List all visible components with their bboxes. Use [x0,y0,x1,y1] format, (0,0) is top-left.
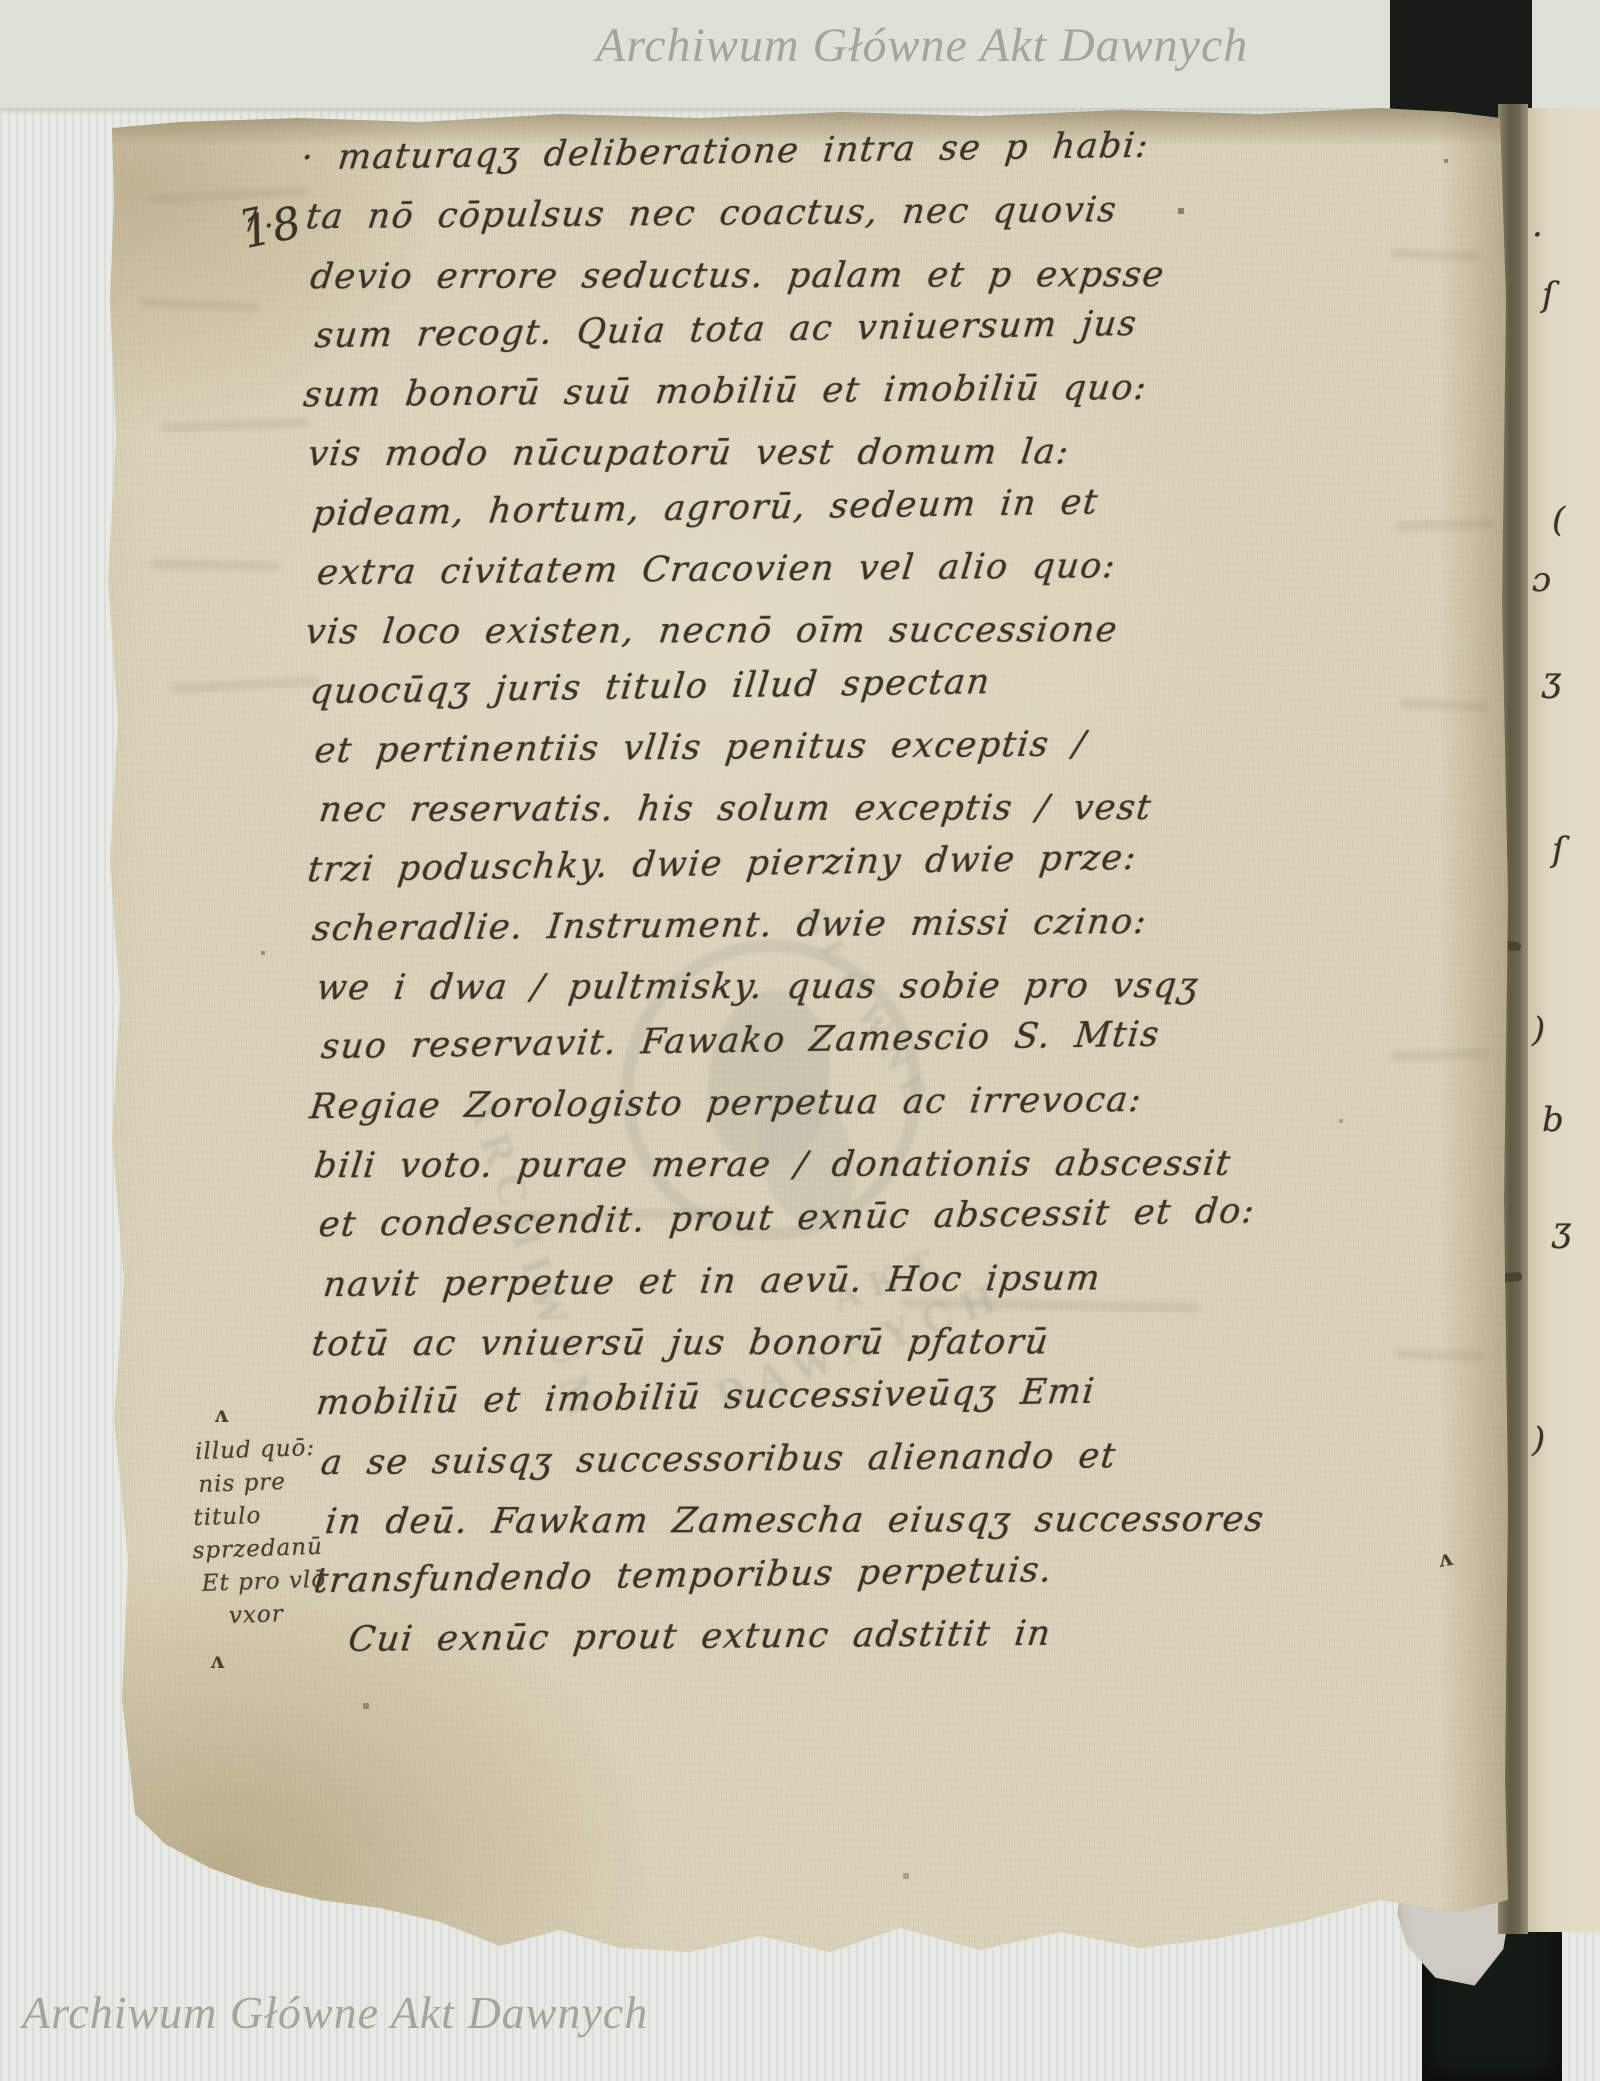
facing-page-ink-fragment: · [1532,215,1543,255]
ink-showthrough-smudge [140,298,260,312]
archive-watermark-top: Archiwum Główne Akt Dawnych [596,18,1248,73]
ink-showthrough-smudge [150,559,280,571]
ink-showthrough-smudge [170,676,320,694]
manuscript-line: a se suisqʒ successoribus alienando et [318,1423,1530,1493]
facing-page-ink-fragment: ( [1552,500,1565,540]
manuscript-line: Regiae Zorologisto perpetua ac irrevoca: [306,1067,1518,1137]
manuscript-page: ARCHIWUM GŁÓWNE AKT DAWNYCH 187. · matur… [0,0,1600,2081]
facing-page-ink-fragment: ) [1532,1010,1545,1050]
facing-page-ink-fragment: ſ [1552,830,1565,870]
manuscript-text-block: · maturaqʒ deliberatione intra se p habi… [301,119,1519,1671]
insertion-caret-bottom: ʌ [210,1648,224,1674]
folio-superscript: 7. [237,198,277,240]
manuscript-line: et pertinentiis vllis penitus exceptis / [311,712,1523,782]
manuscript-line: ta nō cōpulsus nec coactus, nec quovis [303,178,1515,248]
insertion-caret-top: ʌ [214,1402,228,1428]
ink-showthrough-smudge [160,417,310,432]
facing-page-ink-fragment: ʒ [1552,1210,1571,1250]
facing-page-ink-fragment: b [1542,1100,1564,1140]
manuscript-line: sum bonorū suū mobiliū et imobiliū quo: [300,356,1512,426]
facing-page-ink-fragment: ſ [1542,275,1555,315]
manuscript-line: Cui exnūc prout extunc adstitit in [345,1601,1557,1671]
manuscript-line: navit perpetue et in aevū. Hoc ipsum [320,1245,1532,1315]
manuscript-line: extra civitatem Cracovien vel alio quo: [314,534,1526,604]
facing-page-ink-fragment: ɔ [1532,560,1551,600]
archive-watermark-bottom: Archiwum Główne Akt Dawnych [22,1986,648,2039]
facing-page-ink-fragment: ʒ [1542,660,1561,700]
margin-note: illud quō:nis pretitulosprzedanūEt pro v… [195,1428,432,1634]
manuscript-line: scheradlie. Instrument. dwie missi czino… [309,890,1521,960]
facing-page-edge: ·ſ(ɔʒſ)bʒ) [1524,108,1600,1932]
archival-scan: ·ſ(ɔʒſ)bʒ) ARCHIWUM GŁÓWNE AKT DAWNYCH 1… [0,0,1600,2081]
facing-page-ink-fragment: ) [1532,1420,1545,1460]
